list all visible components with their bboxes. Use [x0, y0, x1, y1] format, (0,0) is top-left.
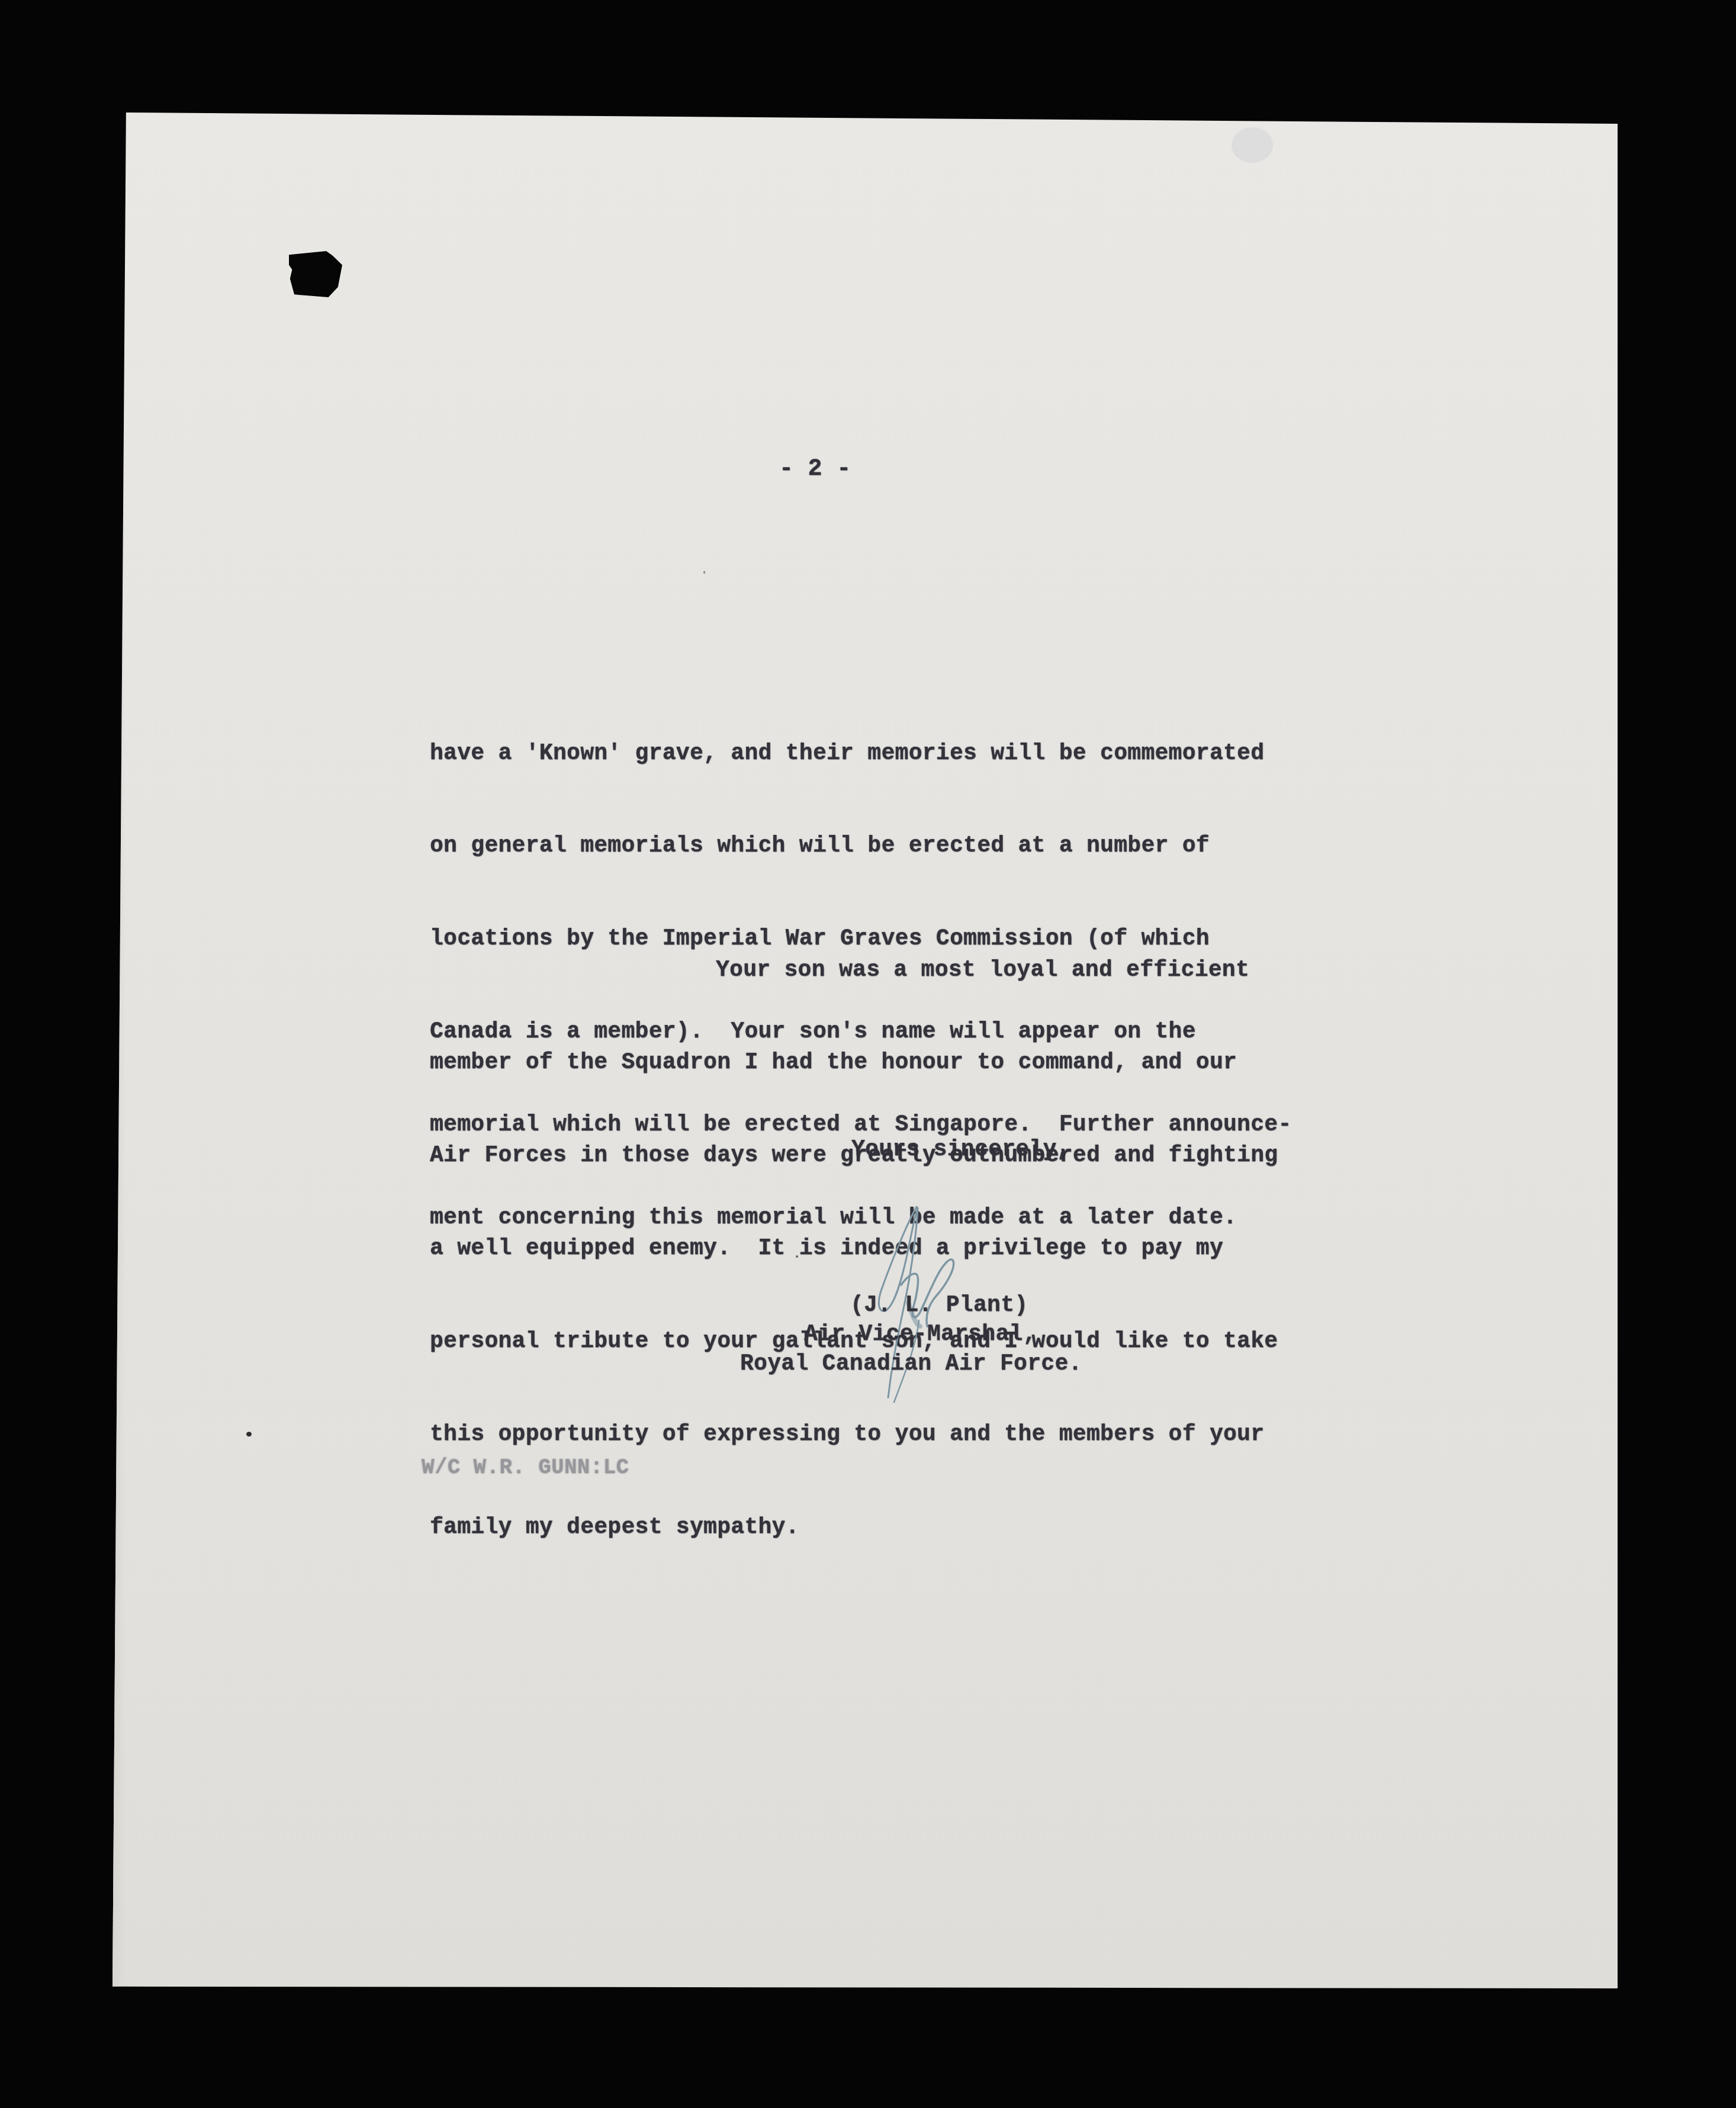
- paper-speck: [246, 1432, 252, 1437]
- signatory-organization: Royal Canadian Air Force.: [740, 1351, 1082, 1377]
- text-line: on general memorials which will be erect…: [430, 831, 1292, 862]
- page-edge-shading: [112, 113, 126, 1988]
- text-line: have a 'Known' grave, and their memories…: [430, 738, 1292, 769]
- signatory-rank: Air Vice-Marshal,: [804, 1322, 1037, 1347]
- text-line: member of the Squadron I had the honour …: [430, 1047, 1278, 1078]
- typist-reference: W/C W.R. GUNN:LC: [422, 1455, 629, 1480]
- punch-hole: [289, 251, 342, 297]
- text-line: family my deepest sympathy.: [430, 1512, 1278, 1543]
- paper-smudge: [1232, 127, 1273, 163]
- paper-speck: [703, 571, 705, 574]
- signatory-name: (J. L. Plant): [850, 1293, 1028, 1318]
- text-line: a well equipped enemy. It is indeed a pr…: [430, 1233, 1278, 1264]
- text-line-indented: Your son was a most loyal and efficient: [430, 955, 1278, 986]
- closing-salutation: Yours sincerely,: [851, 1137, 1070, 1162]
- text-line: this opportunity of expressing to you an…: [430, 1419, 1278, 1450]
- page-number: - 2 -: [779, 456, 851, 483]
